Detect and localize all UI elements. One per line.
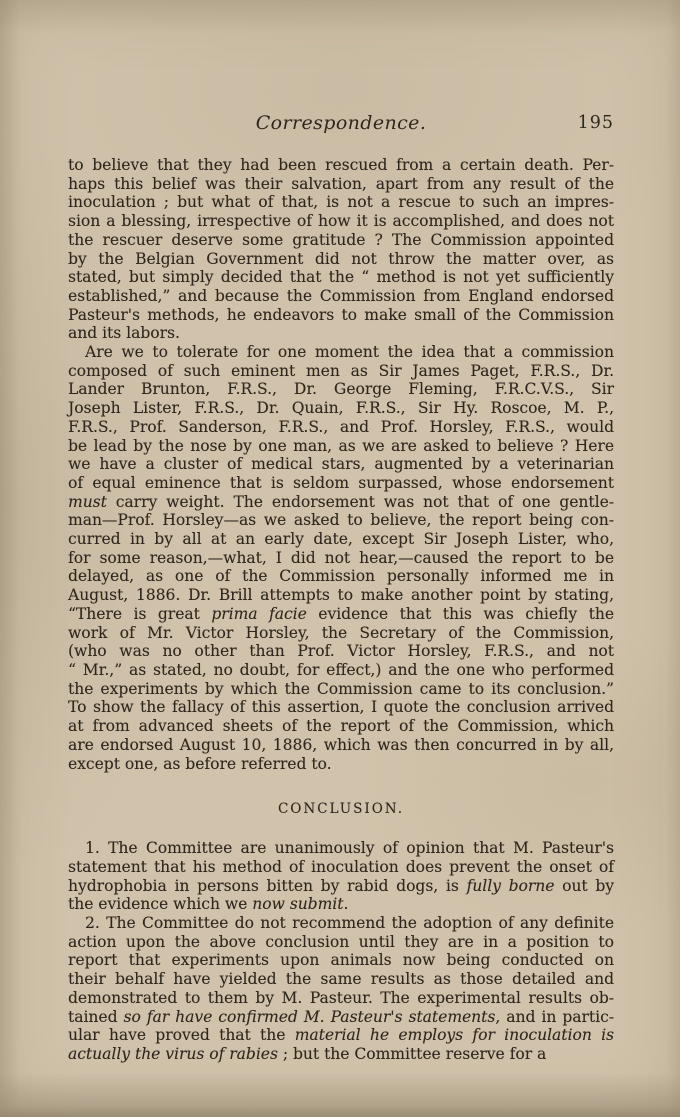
text-line: ular have proved that the material he em…: [68, 1026, 614, 1045]
text-line: statement that his method of inoculation…: [68, 858, 614, 877]
text-line: F.R.S., Prof. Sanderson, F.R.S., and Pro…: [68, 418, 614, 437]
text-line: for some reason,—what, I did not hear,—c…: [68, 549, 614, 568]
text-line: To show the fallacy of this assertion, I…: [68, 698, 614, 717]
text-line: inoculation ; but what of that, is not a…: [68, 193, 614, 212]
paragraph: 1. The Committee are unanimously of opin…: [68, 839, 614, 914]
text-line: we have a cluster of medical stars, augm…: [68, 455, 614, 474]
text-line: work of Mr. Victor Horsley, the Secretar…: [68, 624, 614, 643]
text-line: their behalf have yielded the same resul…: [68, 970, 614, 989]
page-number: 195: [578, 113, 614, 133]
text-line: at from advanced sheets of the report of…: [68, 717, 614, 736]
text-line: except one, as before referred to.: [68, 755, 614, 774]
page-title: Correspondence.: [68, 112, 614, 134]
section-heading: CONCLUSION.: [68, 801, 614, 817]
book-page-scan: Correspondence. 195 to believe that they…: [0, 0, 680, 1117]
text-line: Joseph Lister, F.R.S., Dr. Quain, F.R.S.…: [68, 399, 614, 418]
body-text: to believe that they had been rescued fr…: [68, 156, 614, 1064]
text-line: (who was no other than Prof. Victor Hors…: [68, 642, 614, 661]
running-header: Correspondence. 195: [68, 112, 614, 142]
text-line: Lander Brunton, F.R.S., Dr. George Flemi…: [68, 380, 614, 399]
text-line: hydrophobia in persons bitten by rabid d…: [68, 877, 614, 896]
text-line: August, 1886. Dr. Brill attempts to make…: [68, 586, 614, 605]
text-line: are endorsed August 10, 1886, which was …: [68, 736, 614, 755]
text-line: 1. The Committee are unanimously of opin…: [68, 839, 614, 858]
text-line: Are we to tolerate for one moment the id…: [68, 343, 614, 362]
text-line: of equal eminence that is seldom surpass…: [68, 474, 614, 493]
text-line: stated, but simply decided that the “ me…: [68, 268, 614, 287]
text-line: established,” and because the Commission…: [68, 287, 614, 306]
text-line: action upon the above conclusion until t…: [68, 933, 614, 952]
text-line: report that experiments upon animals now…: [68, 951, 614, 970]
text-line: actually the virus of rabies ; but the C…: [68, 1045, 614, 1064]
paragraph: to believe that they had been rescued fr…: [68, 156, 614, 343]
text-line: “ Mr.,” as stated, no doubt, for effect,…: [68, 661, 614, 680]
text-line: “There is great prima facie evidence tha…: [68, 605, 614, 624]
text-line: man—Prof. Horsley—as we asked to believe…: [68, 511, 614, 530]
text-line: must carry weight. The endorsement was n…: [68, 493, 614, 512]
text-line: the rescuer deserve some gratitude ? The…: [68, 231, 614, 250]
text-line: sion a blessing, irrespective of how it …: [68, 212, 614, 231]
text-line: the experiments by which the Commission …: [68, 680, 614, 699]
text-line: delayed, as one of the Commission person…: [68, 567, 614, 586]
page-content: Correspondence. 195 to believe that they…: [68, 112, 614, 1064]
paragraph: Are we to tolerate for one moment the id…: [68, 343, 614, 773]
text-line: tained so far have confirmed M. Pasteur'…: [68, 1008, 614, 1027]
text-line: curred in by all at an early date, excep…: [68, 530, 614, 549]
text-line: Pasteur's methods, he endeavors to make …: [68, 306, 614, 325]
text-line: the evidence which we now submit.: [68, 895, 614, 914]
text-line: composed of such eminent men as Sir Jame…: [68, 362, 614, 381]
paragraph: 2. The Committee do not recommend the ad…: [68, 914, 614, 1064]
text-line: 2. The Committee do not recommend the ad…: [68, 914, 614, 933]
text-line: haps this belief was their salvation, ap…: [68, 175, 614, 194]
text-line: to believe that they had been rescued fr…: [68, 156, 614, 175]
text-line: demonstrated to them by M. Pasteur. The …: [68, 989, 614, 1008]
text-line: and its labors.: [68, 324, 614, 343]
text-line: by the Belgian Government did not throw …: [68, 250, 614, 269]
text-line: be lead by the nose by one man, as we ar…: [68, 437, 614, 456]
